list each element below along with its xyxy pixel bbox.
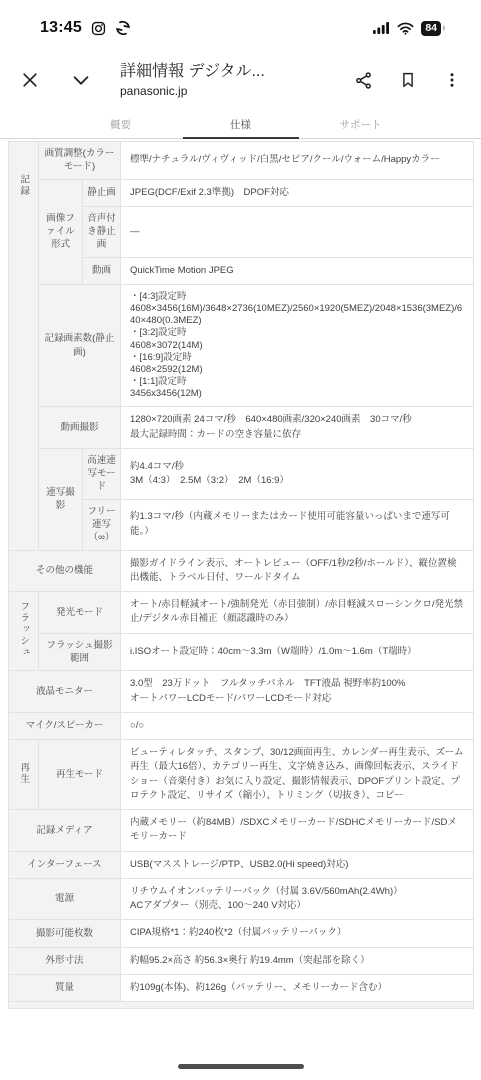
page-url: panasonic.jp bbox=[120, 83, 342, 99]
spec-row-value: JPEG(DCF/Exif 2.3準拠) DPOF対応 bbox=[121, 179, 474, 206]
instagram-icon bbox=[91, 21, 106, 36]
spec-row-label: フラッシュ撮影範囲 bbox=[39, 633, 121, 671]
spec-row-label: インターフェース bbox=[9, 851, 121, 878]
spec-row: 連写撮影 高速連写モード 約4.4コマ/秒 3M（4:3） 2.5M（3:2） … bbox=[9, 448, 474, 499]
spec-row-label: 画像ファイル形式 bbox=[39, 179, 83, 284]
spec-row-value: 約109g(本体)、約126g（バッテリー、メモリーカード含む） bbox=[121, 974, 474, 1001]
battery-indicator: 84 bbox=[421, 21, 441, 36]
spec-row-value: i.ISOオート設定時：40cm～3.3m（W端時）/1.0m～1.6m（T端時… bbox=[121, 633, 474, 671]
wifi-icon bbox=[397, 22, 414, 35]
spec-row-value: 3.0型 23万ドット フルタッチパネル TFT液晶 視野率約100% オートパ… bbox=[121, 671, 474, 713]
spec-row-label: 記録メディア bbox=[9, 810, 121, 852]
spec-row-sublabel: 高速連写モード bbox=[83, 448, 121, 499]
spec-row-value: ○/○ bbox=[121, 712, 474, 739]
spec-row-label: 質量 bbox=[9, 974, 121, 1001]
page-title-block: 詳細情報 デジタル... panasonic.jp bbox=[120, 62, 342, 99]
spec-row-value: — bbox=[121, 206, 474, 257]
spec-table-container: 記録 画質調整(カラーモード) 標準/ナチュラル/ヴィヴィッド/白黒/セピア/ク… bbox=[8, 141, 474, 1009]
spec-row-value: 1280×720画素 24コマ/秒 640×480画素/320×240画素 30… bbox=[121, 407, 474, 449]
tab-support[interactable]: サポート bbox=[301, 110, 421, 138]
spec-row-value: リチウムイオンバッテリーパック（付属 3.6V/560mAh(2.4Wh)） A… bbox=[121, 878, 474, 920]
spec-row-value: CIPA規格*1：約240枚*2（付属バッテリーパック） bbox=[121, 920, 474, 947]
spec-row-value: USB(マスストレージ/PTP、USB2.0(Hi speed)対応) bbox=[121, 851, 474, 878]
browser-header: 詳細情報 デジタル... panasonic.jp bbox=[0, 46, 481, 110]
spec-row-label: 液晶モニター bbox=[9, 671, 121, 713]
spec-row-value: 内蔵メモリー（約84MB）/SDXCメモリーカード/SDHCメモリーカード/SD… bbox=[121, 810, 474, 852]
app-logo-icon bbox=[115, 20, 131, 36]
spec-row: 再生 再生モード ビューティレタッチ、スタンプ、30/12画面再生、カレンダー再… bbox=[9, 740, 474, 810]
spec-row-value: 約幅95.2×高さ 約56.3×奥行 約19.4mm（突起部を除く） bbox=[121, 947, 474, 974]
signal-icon bbox=[373, 22, 390, 34]
spec-row-partial-cell bbox=[9, 1002, 474, 1009]
spec-row-sublabel: 動画 bbox=[83, 257, 121, 284]
spec-row: その他の機能 撮影ガイドライン表示、オートレビュー（OFF/1秒/2秒/ホールド… bbox=[9, 550, 474, 592]
spec-row-label: 撮影可能枚数 bbox=[9, 920, 121, 947]
spec-row-label: マイク/スピーカー bbox=[9, 712, 121, 739]
spec-group-playback: 再生 bbox=[9, 740, 39, 810]
spec-row: 外形寸法 約幅95.2×高さ 約56.3×奥行 約19.4mm（突起部を除く） bbox=[9, 947, 474, 974]
spec-row: フラッシュ撮影範囲 i.ISOオート設定時：40cm～3.3m（W端時）/1.0… bbox=[9, 633, 474, 671]
spec-table: 記録 画質調整(カラーモード) 標準/ナチュラル/ヴィヴィッド/白黒/セピア/ク… bbox=[8, 141, 474, 1009]
spec-row-label: その他の機能 bbox=[9, 550, 121, 592]
spec-row-label: 動画撮影 bbox=[39, 407, 121, 449]
tab-bar: 概要 仕様 サポート bbox=[0, 110, 481, 139]
spec-row-label: 再生モード bbox=[39, 740, 121, 810]
page-title: 詳細情報 デジタル... bbox=[120, 62, 342, 82]
spec-row: 電源 リチウムイオンバッテリーパック（付属 3.6V/560mAh(2.4Wh)… bbox=[9, 878, 474, 920]
collapse-button[interactable] bbox=[66, 65, 96, 95]
close-button[interactable] bbox=[16, 66, 44, 94]
spec-group-flash: フラッシュ bbox=[9, 592, 39, 671]
spec-row: 記録画素数(静止画) ・[4:3]設定時 4608×3456(16M)/3648… bbox=[9, 284, 474, 406]
spec-row-value: 約4.4コマ/秒 3M（4:3） 2.5M（3:2） 2M（16:9） bbox=[121, 448, 474, 499]
spec-row-value: オート/赤目軽減オート/強制発光（赤目強制）/赤目軽減スローシンクロ/発光禁止/… bbox=[121, 592, 474, 634]
clock: 13:45 bbox=[40, 19, 82, 37]
spec-row: マイク/スピーカー ○/○ bbox=[9, 712, 474, 739]
spec-row: 記録 画質調整(カラーモード) 標準/ナチュラル/ヴィヴィッド/白黒/セピア/ク… bbox=[9, 142, 474, 180]
spec-row-value: QuickTime Motion JPEG bbox=[121, 257, 474, 284]
spec-row-label: 連写撮影 bbox=[39, 448, 83, 550]
spec-row-partial bbox=[9, 1002, 474, 1009]
battery-level: 84 bbox=[425, 22, 437, 34]
spec-row-label: 発光モード bbox=[39, 592, 121, 634]
spec-row: 動画撮影 1280×720画素 24コマ/秒 640×480画素/320×240… bbox=[9, 407, 474, 449]
spec-row-value: 標準/ナチュラル/ヴィヴィッド/白黒/セピア/クール/ウォーム/Happyカラー bbox=[121, 142, 474, 180]
home-indicator[interactable] bbox=[178, 1064, 304, 1069]
spec-row-value: ・[4:3]設定時 4608×3456(16M)/3648×2736(10MEZ… bbox=[121, 284, 474, 406]
share-button[interactable] bbox=[350, 67, 377, 94]
spec-row: 撮影可能枚数 CIPA規格*1：約240枚*2（付属バッテリーパック） bbox=[9, 920, 474, 947]
tab-specs[interactable]: 仕様 bbox=[181, 110, 301, 138]
spec-row-label: 記録画素数(静止画) bbox=[39, 284, 121, 406]
spec-row-value: 約1.3コマ/秒（内蔵メモリーまたはカード使用可能容量いっぱいまで連写可能。） bbox=[121, 499, 474, 550]
spec-row-sublabel: フリー連写（∞） bbox=[83, 499, 121, 550]
spec-row-sublabel: 静止画 bbox=[83, 179, 121, 206]
spec-row: 記録メディア 内蔵メモリー（約84MB）/SDXCメモリーカード/SDHCメモリ… bbox=[9, 810, 474, 852]
overflow-menu-button[interactable] bbox=[439, 67, 465, 93]
spec-row: 質量 約109g(本体)、約126g（バッテリー、メモリーカード含む） bbox=[9, 974, 474, 1001]
bookmark-button[interactable] bbox=[395, 67, 421, 93]
spec-row-value: ビューティレタッチ、スタンプ、30/12画面再生、カレンダー再生表示、ズーム再生… bbox=[121, 740, 474, 810]
spec-row-label: 画質調整(カラーモード) bbox=[39, 142, 121, 180]
tab-overview[interactable]: 概要 bbox=[61, 110, 181, 138]
spec-row-label: 外形寸法 bbox=[9, 947, 121, 974]
status-bar: 13:45 bbox=[0, 0, 481, 46]
spec-row: 液晶モニター 3.0型 23万ドット フルタッチパネル TFT液晶 視野率約10… bbox=[9, 671, 474, 713]
spec-row: インターフェース USB(マスストレージ/PTP、USB2.0(Hi speed… bbox=[9, 851, 474, 878]
spec-row: 画像ファイル形式 静止画 JPEG(DCF/Exif 2.3準拠) DPOF対応 bbox=[9, 179, 474, 206]
spec-row-value: 撮影ガイドライン表示、オートレビュー（OFF/1秒/2秒/ホールド）、縦位置検出… bbox=[121, 550, 474, 592]
battery-nub bbox=[443, 26, 446, 31]
spec-row: フラッシュ 発光モード オート/赤目軽減オート/強制発光（赤目強制）/赤目軽減ス… bbox=[9, 592, 474, 634]
spec-group-recording: 記録 bbox=[9, 142, 39, 551]
spec-row-label: 電源 bbox=[9, 878, 121, 920]
spec-row-sublabel: 音声付き静止画 bbox=[83, 206, 121, 257]
